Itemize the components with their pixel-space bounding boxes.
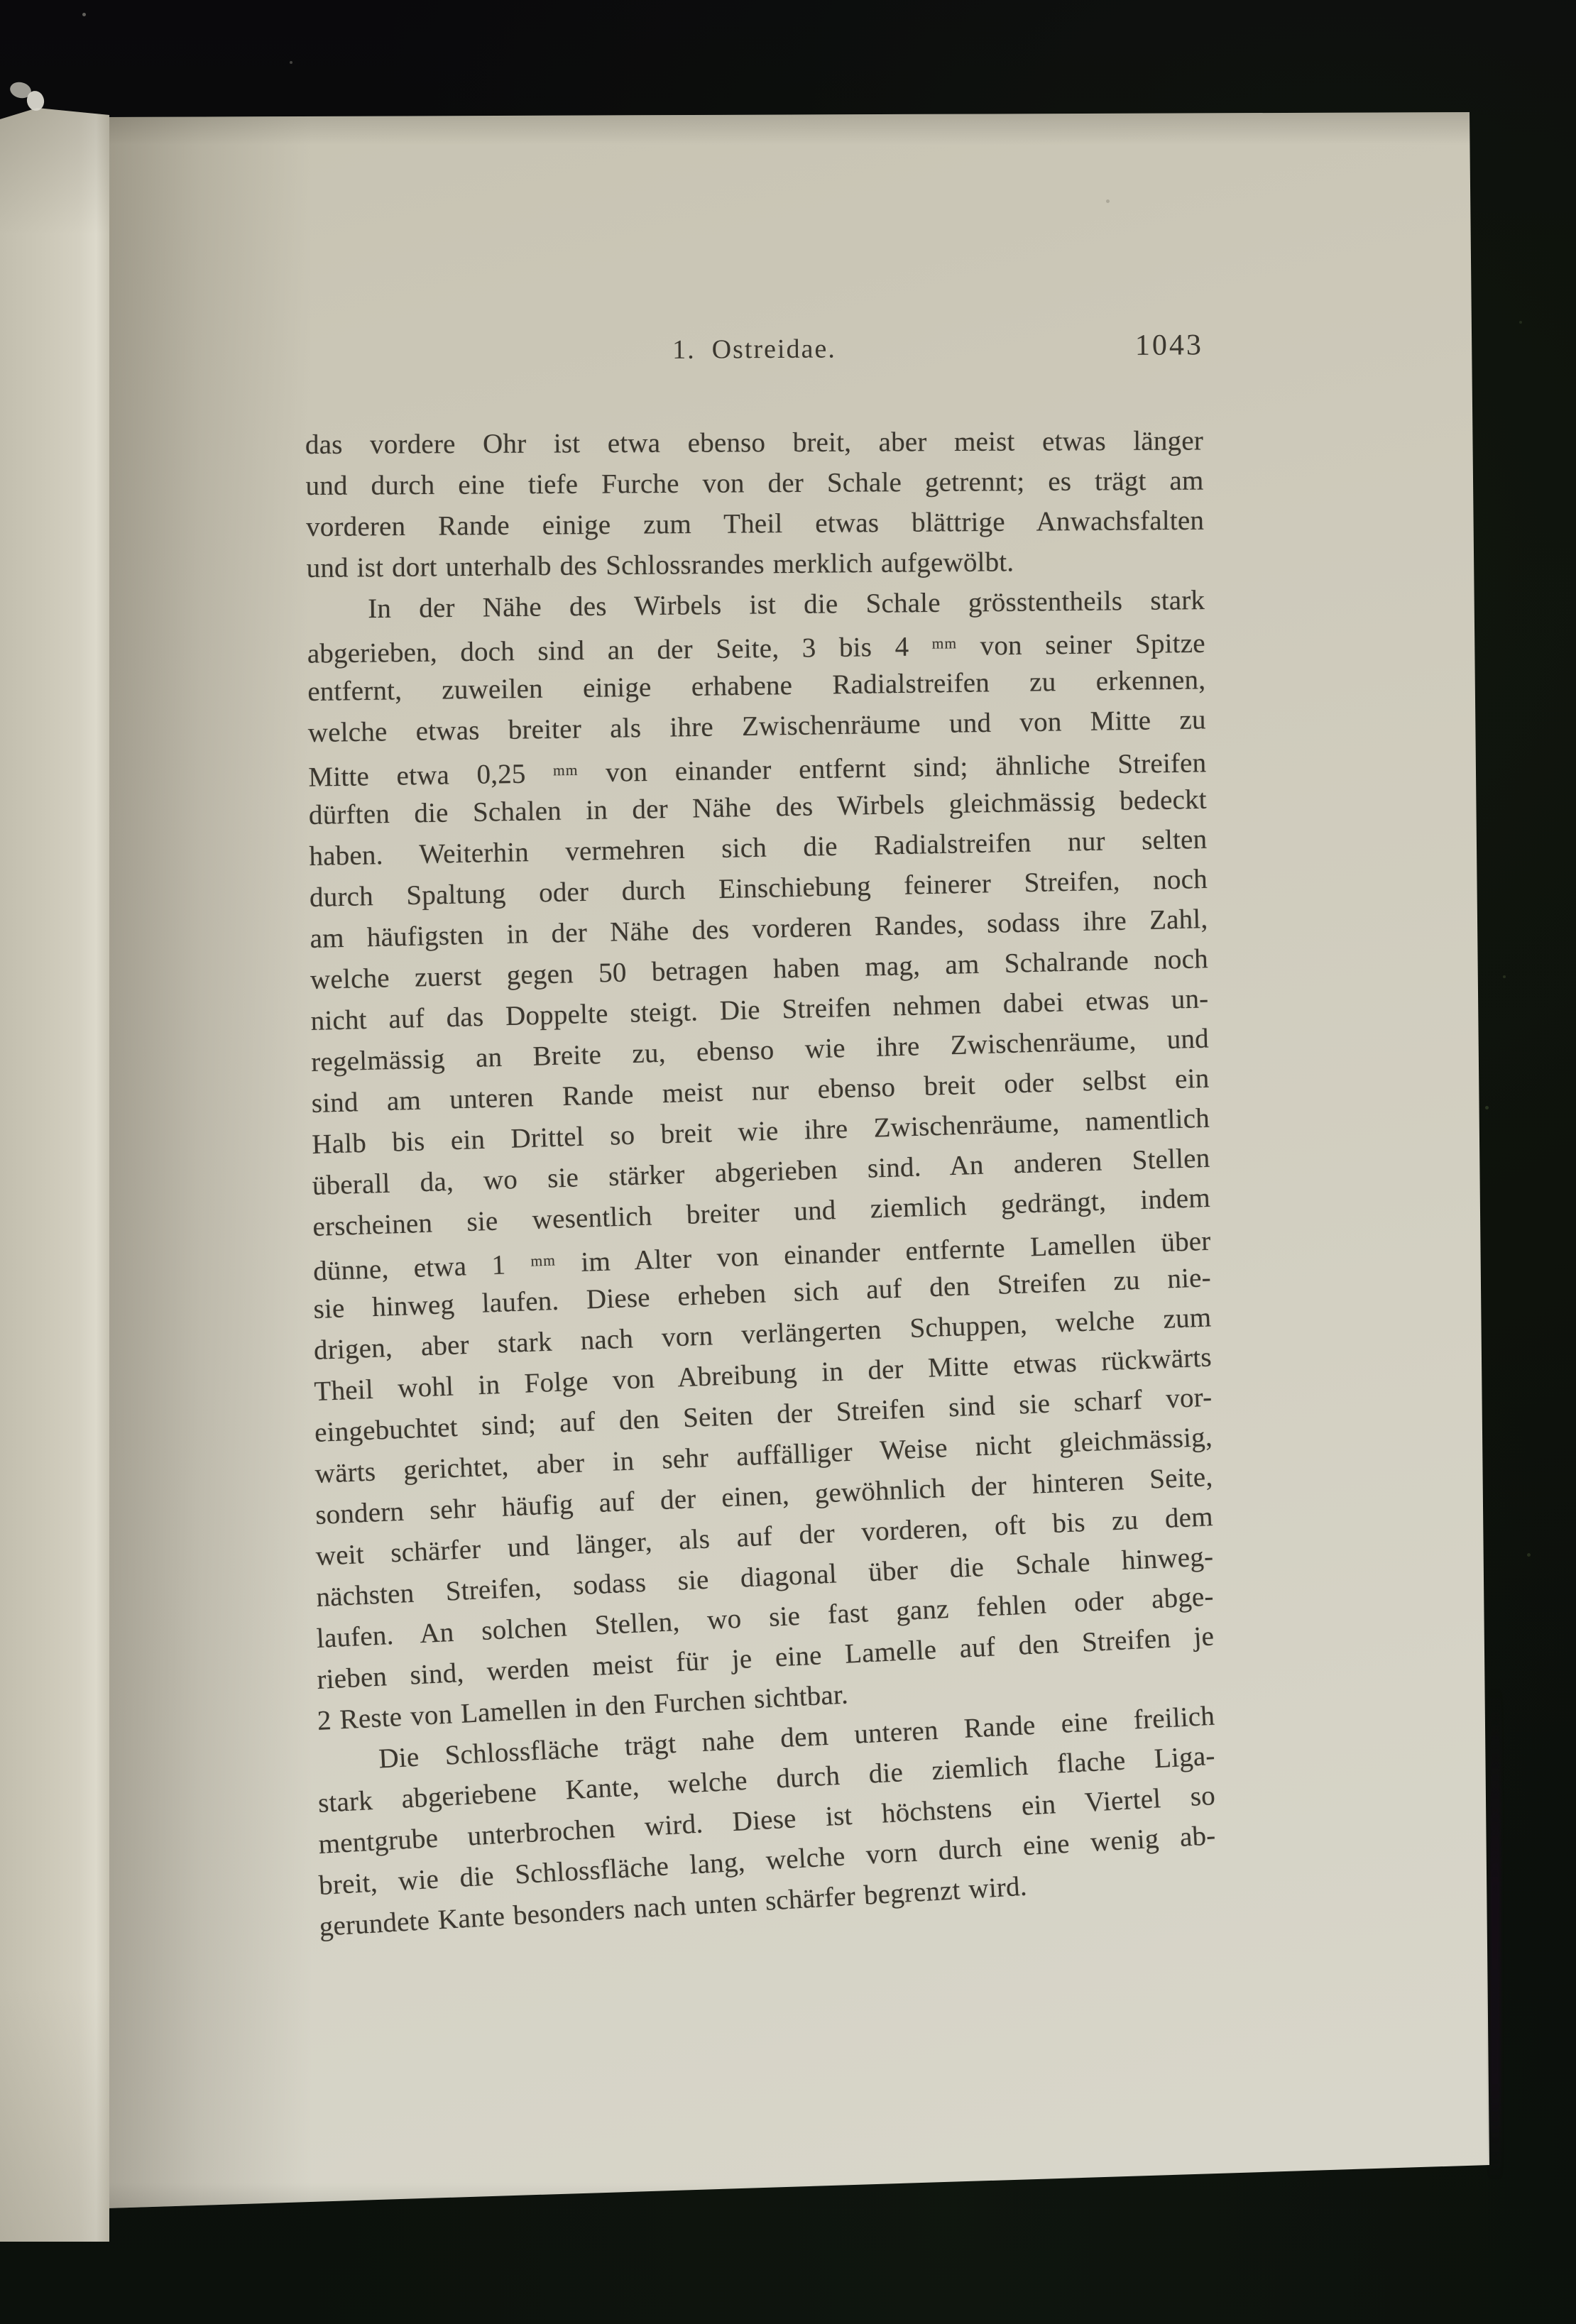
text-line: das vordere Ohr ist etwa ebenso breit, a… [305, 420, 1203, 466]
text-line: und durch eine tiefe Furche von der Scha… [305, 461, 1203, 507]
section-title: 1. Ostreidae. [672, 333, 836, 365]
ink-dot [1106, 199, 1110, 203]
superscript-unit: mm [530, 1251, 556, 1269]
page-number: 1043 [1135, 328, 1203, 363]
superscript-unit: mm [932, 635, 958, 652]
paragraph: Die Schlossfläche trägt nahe dem unteren… [305, 1742, 1203, 1948]
page-top-shadow [106, 112, 1491, 145]
dust-speck [290, 61, 292, 64]
dust-fleck [1485, 1106, 1489, 1109]
scan-photo: { "colors": { "backdrop": "#0a0c09", "pa… [0, 0, 1576, 2324]
book-page-stack-edge [0, 106, 109, 2242]
dust-fleck [1519, 321, 1522, 324]
text-body: das vordere Ohr ist etwa ebenso breit, a… [305, 424, 1203, 1948]
dust-fleck [1503, 975, 1506, 978]
paragraph: das vordere Ohr ist etwa ebenso breit, a… [305, 424, 1203, 589]
dust-speck [82, 13, 86, 16]
dust-fleck [1527, 1553, 1531, 1557]
page-stack-shade [0, 106, 109, 2242]
superscript-unit: mm [553, 762, 579, 779]
running-header: 1. Ostreidae. 1043 [305, 331, 1203, 375]
gutter-shadow [106, 112, 312, 2211]
paragraph: In der Nähe des Wirbels ist die Schale g… [305, 589, 1203, 1742]
cover-crease-shadow [1489, 1689, 1501, 2179]
scanned-book-page: 1. Ostreidae. 1043 das vordere Ohr ist e… [106, 112, 1491, 2211]
